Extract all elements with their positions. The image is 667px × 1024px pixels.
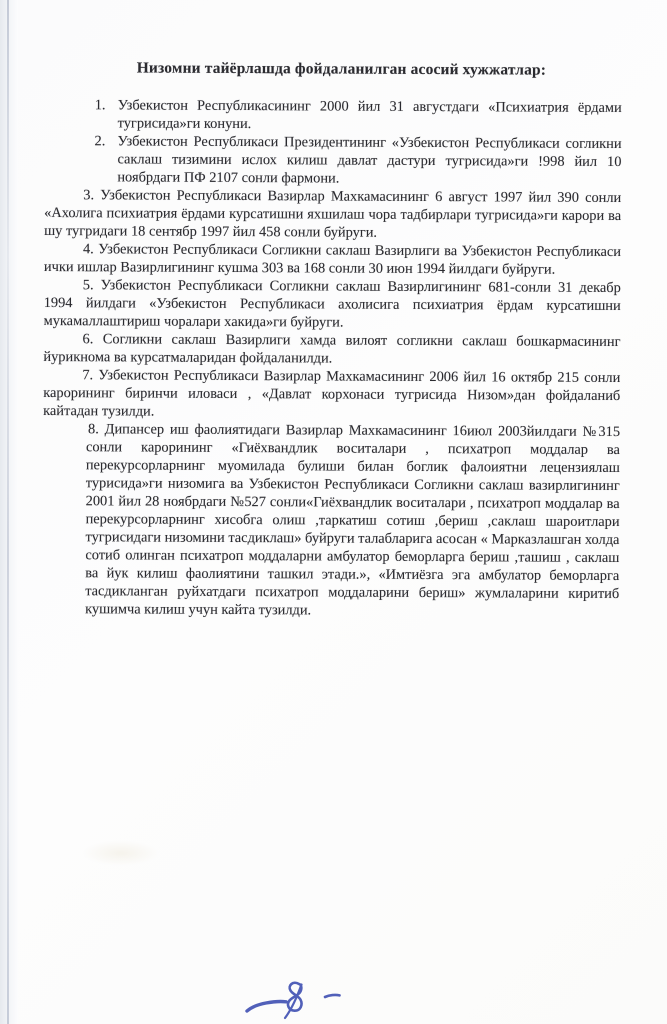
list-item-number: 2.	[94, 132, 117, 186]
handwritten-page-number	[225, 963, 365, 1022]
scanned-document-page: Низомни тайёрлашда фойдаланилган асосий …	[0, 0, 667, 1024]
numbered-list: 1. Узбекистон Республикасининг 2000 йил …	[94, 96, 621, 189]
list-item-number: 1.	[95, 96, 118, 132]
paragraph-item-3: 3. Узбекистон Республикаси Вазирлар Махк…	[44, 186, 621, 243]
paragraph-item-5: 5. Узбекистон Республикаси Согликни сакл…	[44, 276, 621, 333]
paragraph-item-7: 7. Узбекистон Республикаси Вазирлар Махк…	[43, 366, 620, 423]
document-title: Низомни тайёрлашда фойдаланилган асосий …	[45, 58, 622, 81]
list-item-text: Узбекистон Республикаси Президентининг «…	[117, 132, 621, 189]
pen-dash-left-icon	[247, 1002, 286, 1011]
paragraph-item-6: 6. Согликни саклаш Вазирлиги хамда вилоя…	[43, 330, 620, 369]
scan-edge-line	[7, 0, 9, 1024]
list-item: 1. Узбекистон Республикасининг 2000 йил …	[95, 96, 622, 135]
document-content: Низомни тайёрлашда фойдаланилган асосий …	[42, 58, 622, 621]
paragraph-item-4: 4. Узбекистон Республикаси Согликни сакл…	[44, 240, 621, 279]
paragraph-item-8: 8. Дипансер иш фаолиятидаги Вазирлар Мах…	[85, 420, 620, 621]
pen-dash-right-icon	[325, 995, 340, 997]
list-item-text: Узбекистон Республикасининг 2000 йил 31 …	[118, 96, 622, 135]
scan-edge-artifact	[0, 0, 18, 1024]
list-item: 2. Узбекистон Республикаси Президентинин…	[94, 132, 621, 189]
paper-smudge	[82, 840, 160, 866]
